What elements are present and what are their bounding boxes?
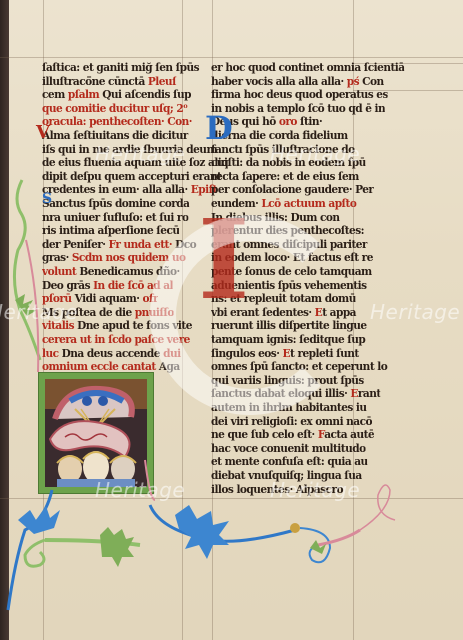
watermark-text: Heritage [370, 300, 460, 324]
watermark-text: Heritage [270, 142, 360, 166]
watermark-text: Heritage [0, 300, 78, 324]
watermark-text: Heritage [95, 478, 185, 502]
manuscript-leaf: ſaſtica: et ganiti miğ ſen ſpūsilluſtrac… [0, 0, 463, 640]
watermark-logo [150, 215, 350, 415]
watermark-text: Heritage [270, 478, 360, 502]
watermark-text: Heritage [95, 142, 185, 166]
